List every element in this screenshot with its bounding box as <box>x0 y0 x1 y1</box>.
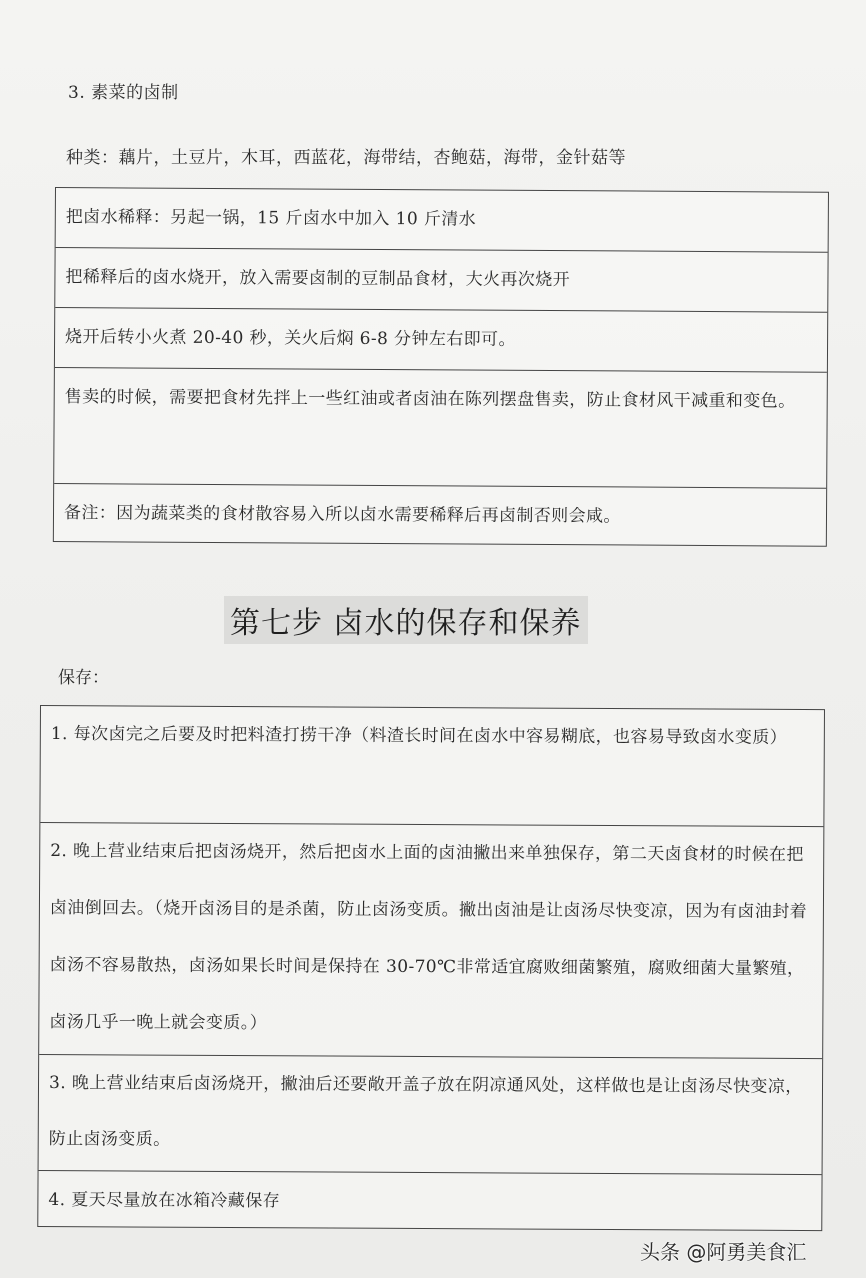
sub-heading-vegetable-braising: 3. 素菜的卤制 <box>68 78 179 103</box>
section-title-step-seven: 第七步 卤水的保存和保养 <box>224 596 588 644</box>
table-row: 把卤水稀释：另起一锅，15 斤卤水中加入 10 斤清水 <box>56 188 828 252</box>
table-row: 2. 晚上营业结束后把卤汤烧开，然后把卤水上面的卤油撇出来单独保存，第二天卤食材… <box>39 822 823 1058</box>
table-row: 售卖的时候，需要把食材先拌上一些红油或者卤油在陈列摆盘售卖，防止食材风干减重和变… <box>54 367 827 488</box>
brine-storage-table: 1. 每次卤完之后要及时把料渣打捞干净（料渣长时间在卤水中容易糊底，也容易导致卤… <box>37 705 825 1231</box>
vegetable-types-line: 种类：藕片，土豆片，木耳，西蓝花，海带结，杏鲍菇，海带，金针菇等 <box>66 143 626 168</box>
save-label: 保存： <box>58 663 109 688</box>
table-row: 备注：因为蔬菜类的食材散容易入所以卤水需要稀释后再卤制否则会咸。 <box>54 483 826 546</box>
document-page: 3. 素菜的卤制 种类：藕片，土豆片，木耳，西蓝花，海带结，杏鲍菇，海带，金针菇… <box>0 0 866 1278</box>
table-row: 烧开后转小火煮 20-40 秒，关火后焖 6-8 分钟左右即可。 <box>55 307 827 372</box>
vegetable-braising-steps-table: 把卤水稀释：另起一锅，15 斤卤水中加入 10 斤清水 把稀释后的卤水烧开，放入… <box>53 187 829 547</box>
watermark-text: 头条 @阿勇美食汇 <box>640 1236 806 1265</box>
table-row: 把稀释后的卤水烧开，放入需要卤制的豆制品食材，大火再次烧开 <box>55 247 827 312</box>
table-row: 3. 晚上营业结束后卤汤烧开，撇油后还要敞开盖子放在阴凉通风处，这样做也是让卤汤… <box>39 1054 823 1174</box>
table-row: 4. 夏天尽量放在冰箱冷藏保存 <box>38 1170 821 1230</box>
table-row: 1. 每次卤完之后要及时把料渣打捞干净（料渣长时间在卤水中容易糊底，也容易导致卤… <box>40 706 824 826</box>
